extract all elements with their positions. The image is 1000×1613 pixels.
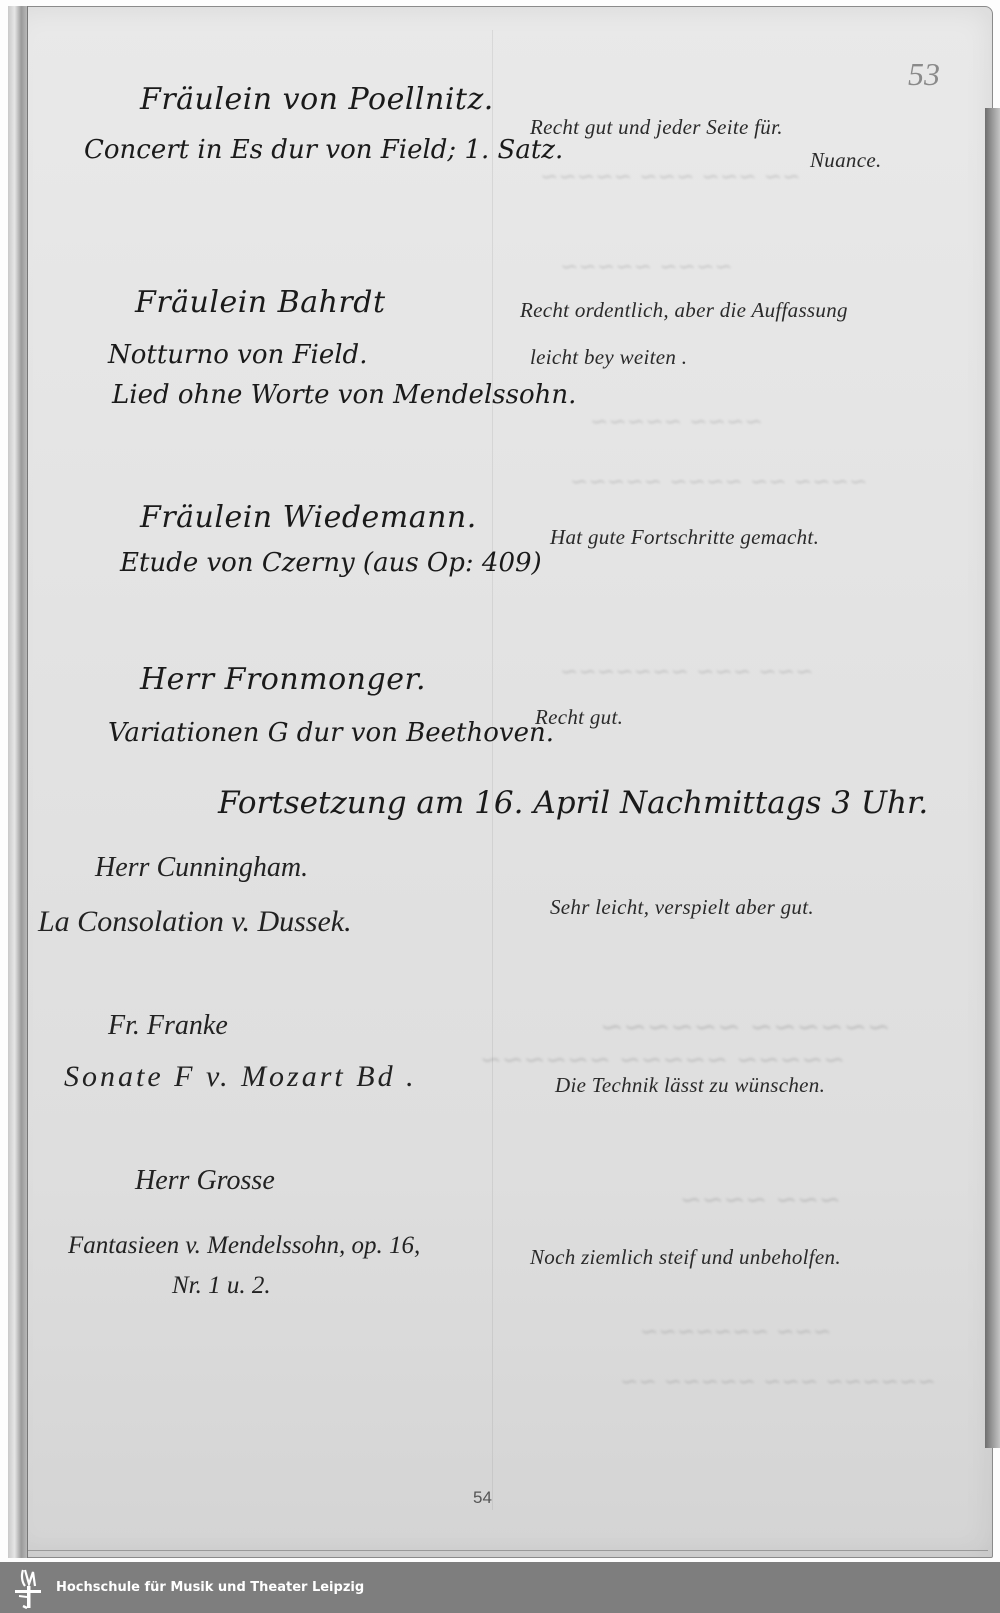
folio-number-bottom: 54 (473, 1488, 492, 1508)
piece-title: La Consolation v. Dussek. (38, 905, 352, 939)
piece-title: Fantasieen v. Mendelssohn, op. 16, (68, 1232, 420, 1260)
performer-name: Fräulein Bahrdt (135, 285, 386, 320)
column-divider (492, 30, 493, 1510)
bleed-through-text: ~~~ ~~~~~~~ (640, 1320, 831, 1345)
manuscript-page (8, 6, 993, 1558)
manuscript-scan: ~~ ~~~ ~~~ ~~~~~ ~~~~ ~~~~~ ~~~~ ~~~~~ ~… (0, 0, 1000, 1562)
performer-name: Herr Grosse (135, 1165, 275, 1197)
bleed-through-text: ~~~~~ ~~~~~ ~~~~~~ (480, 1045, 845, 1075)
performer-name: Fr. Franke (108, 1010, 228, 1042)
teacher-remark: Die Technik lässt zu wünschen. (555, 1073, 825, 1098)
bleed-through-text: ~~~~ ~~~~~ (560, 255, 733, 280)
piece-title: Lied ohne Worte von Mendelssohn. (112, 380, 576, 410)
performer-name: Herr Fronmonger. (140, 662, 426, 697)
piece-title: Nr. 1 u. 2. (172, 1272, 271, 1300)
bleed-through-text: ~~~ ~~~~ (680, 1185, 841, 1215)
teacher-remark: Noch ziemlich steif und unbeholfen. (530, 1245, 841, 1270)
teacher-remark: leicht bey weiten . (530, 345, 687, 370)
teacher-remark: Recht gut und jeder Seite für. (530, 115, 783, 140)
piece-title: Variationen G dur von Beethoven. (108, 718, 554, 748)
bleed-through-text: ~~~~ ~~~~~ (590, 410, 763, 435)
piece-title: Sonate F v. Mozart Bd . (64, 1060, 417, 1094)
binding-spine (8, 6, 28, 1558)
institution-name: Hochschule für Musik und Theater Leipzig (56, 1580, 364, 1595)
continuation-heading: Fortsetzung am 16. April Nachmittags 3 U… (218, 785, 928, 821)
piece-title: Notturno von Field. (108, 340, 367, 370)
piece-title: Concert in Es dur von Field; 1. Satz. (84, 135, 563, 165)
performer-name: Fräulein von Poellnitz. (140, 82, 494, 117)
performer-name: Herr Cunningham. (95, 852, 308, 884)
teacher-remark: Hat gute Fortschritte gemacht. (550, 525, 819, 550)
institution-footer: Hochschule für Musik und Theater Leipzig (0, 1562, 1000, 1613)
folio-number-top: 53 (908, 56, 940, 93)
teacher-remark: Sehr leicht, verspielt aber gut. (550, 895, 814, 920)
piece-title: Etude von Czerny (aus Op: 409) (120, 548, 542, 578)
teacher-remark: Recht gut. (535, 705, 623, 730)
page-bottom-edge (28, 1550, 988, 1551)
bleed-through-text: ~~~~ ~~ ~~~~ ~~~~~ (570, 470, 867, 495)
adjacent-page-edge (985, 108, 1000, 1448)
hmt-leipzig-logo-icon (10, 1566, 46, 1610)
bleed-through-text: ~~~~~~ ~~~ ~~~~~ ~~ (620, 1370, 936, 1395)
teacher-remark: Recht ordentlich, aber die Auffassung (520, 298, 848, 323)
teacher-remark: Nuance. (810, 148, 882, 173)
bleed-through-text: ~~ ~~~ ~~~ ~~~~~ (540, 165, 801, 190)
performer-name: Fräulein Wiedemann. (140, 500, 477, 535)
bleed-through-text: ~~~ ~~~ ~~~~~~~ (560, 660, 814, 685)
bleed-through-text: ~~~~~~ ~~~~~~ (600, 1010, 890, 1043)
